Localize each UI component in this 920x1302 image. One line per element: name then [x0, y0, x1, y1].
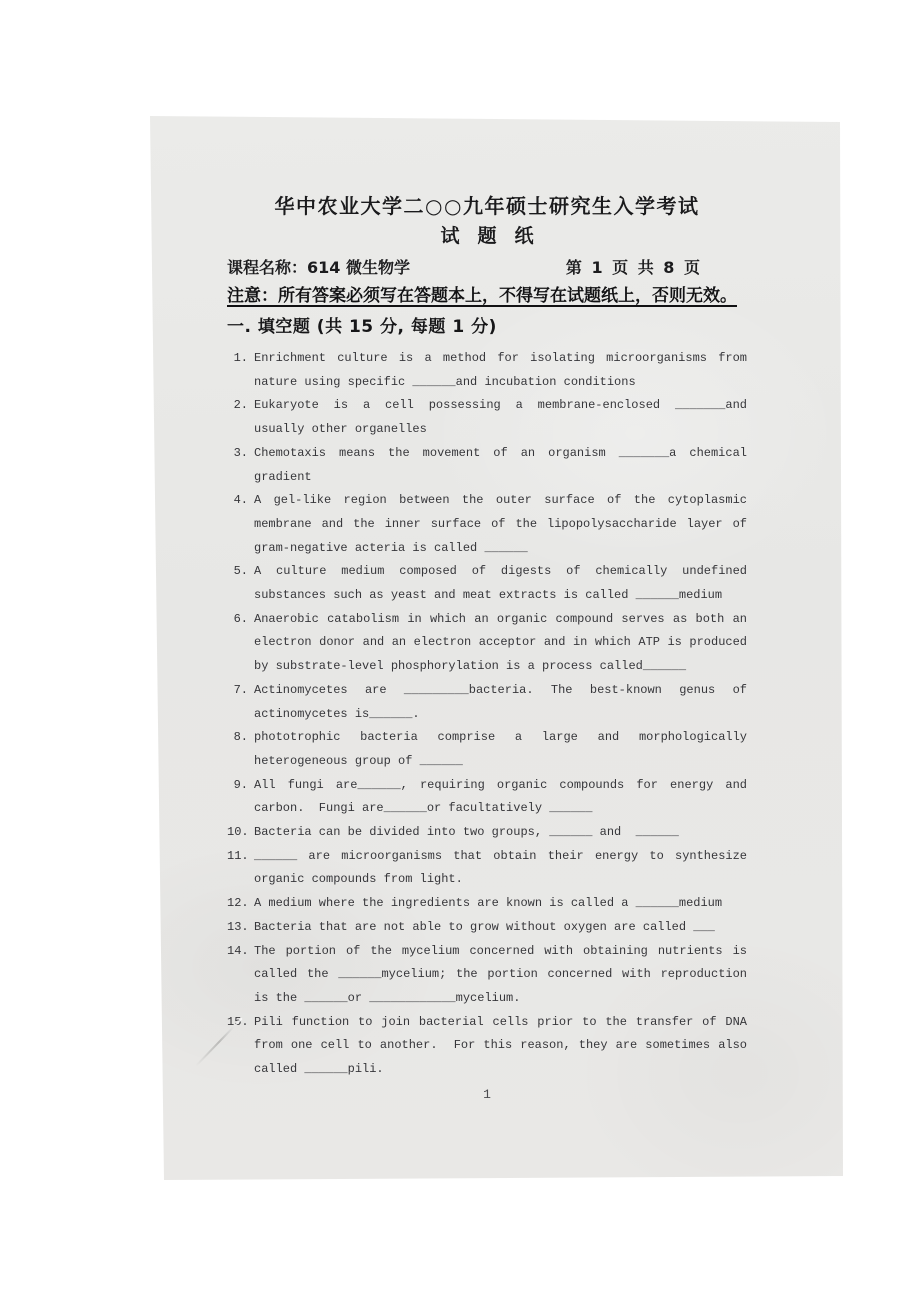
question-item: 6.Anaerobic catabolism in which an organ…	[227, 608, 747, 679]
question-number: 7.	[227, 679, 248, 703]
question-number: 5.	[227, 560, 248, 584]
question-number: 6.	[227, 608, 248, 632]
question-list: 1.Enrichment culture is a method for iso…	[227, 347, 747, 1082]
question-text: A gel-like region between the outer surf…	[254, 489, 747, 560]
question-item: 2.Eukaryote is a cell possessing a membr…	[227, 394, 747, 441]
question-item: 1.Enrichment culture is a method for iso…	[227, 347, 747, 394]
question-number: 9.	[227, 774, 248, 798]
question-text: Chemotaxis means the movement of an orga…	[254, 442, 747, 489]
question-item: 4.A gel-like region between the outer su…	[227, 489, 747, 560]
question-number: 14.	[227, 940, 248, 964]
question-item: 11.______ are microorganisms that obtain…	[227, 845, 747, 892]
question-text: A medium where the ingredients are known…	[254, 892, 747, 916]
question-text: Actinomycetes are _________bacteria. The…	[254, 679, 747, 726]
question-number: 2.	[227, 394, 248, 418]
question-item: 10.Bacteria can be divided into two grou…	[227, 821, 747, 845]
question-text: Eukaryote is a cell possessing a membran…	[254, 394, 747, 441]
question-number: 8.	[227, 726, 248, 750]
question-item: 15.Pili function to join bacterial cells…	[227, 1011, 747, 1082]
paper-subtitle: 试题纸	[227, 223, 747, 249]
question-number: 10.	[227, 821, 248, 845]
question-item: 5.A culture medium composed of digests o…	[227, 560, 747, 607]
question-number: 4.	[227, 489, 248, 513]
question-item: 13.Bacteria that are not able to grow wi…	[227, 916, 747, 940]
course-name: 课程名称：614 微生物学	[227, 255, 410, 280]
question-text: A culture medium composed of digests of …	[254, 560, 747, 607]
exam-content: 华中农业大学二○○九年硕士研究生入学考试 试题纸 课程名称：614 微生物学 第…	[150, 113, 843, 1104]
question-text: ______ are microorganisms that obtain th…	[254, 845, 747, 892]
course-header-row: 课程名称：614 微生物学 第 1 页 共 8 页	[227, 255, 747, 280]
question-text: Pili function to join bacterial cells pr…	[254, 1011, 747, 1082]
paper-subtitle-text: 试题纸	[440, 225, 551, 247]
question-text: Bacteria that are not able to grow witho…	[254, 916, 747, 940]
question-item: 3.Chemotaxis means the movement of an or…	[227, 442, 747, 489]
question-number: 1.	[227, 347, 248, 371]
question-text: Enrichment culture is a method for isola…	[254, 347, 747, 394]
question-item: 9.All fungi are______, requiring organic…	[227, 774, 747, 821]
question-item: 7.Actinomycetes are _________bacteria. T…	[227, 679, 747, 726]
notice-line: 注意：所有答案必须写在答题本上，不得写在试题纸上，否则无效。	[227, 284, 747, 309]
question-text: phototrophic bacteria comprise a large a…	[254, 726, 747, 773]
question-text: The portion of the mycelium concerned wi…	[254, 940, 747, 1011]
question-item: 14.The portion of the mycelium concerned…	[227, 940, 747, 1011]
question-number: 12.	[227, 892, 248, 916]
question-number: 3.	[227, 442, 248, 466]
paper-sheet: 华中农业大学二○○九年硕士研究生入学考试 试题纸 课程名称：614 微生物学 第…	[150, 113, 843, 1180]
page-info: 第 1 页 共 8 页	[566, 255, 702, 280]
question-text: All fungi are______, requiring organic c…	[254, 774, 747, 821]
question-text: Anaerobic catabolism in which an organic…	[254, 608, 747, 679]
question-item: 8.phototrophic bacteria comprise a large…	[227, 726, 747, 773]
question-item: 12.A medium where the ingredients are kn…	[227, 892, 747, 916]
question-text: Bacteria can be divided into two groups,…	[254, 821, 747, 845]
notice-text: 注意：所有答案必须写在答题本上，不得写在试题纸上，否则无效。	[227, 286, 737, 306]
exam-title: 华中农业大学二○○九年硕士研究生入学考试	[227, 193, 747, 220]
question-number: 11.	[227, 845, 248, 869]
section-heading: 一. 填空题 (共 15 分, 每题 1 分)	[227, 314, 747, 340]
question-number: 13.	[227, 916, 248, 940]
footer-page-number: 1	[227, 1086, 747, 1104]
